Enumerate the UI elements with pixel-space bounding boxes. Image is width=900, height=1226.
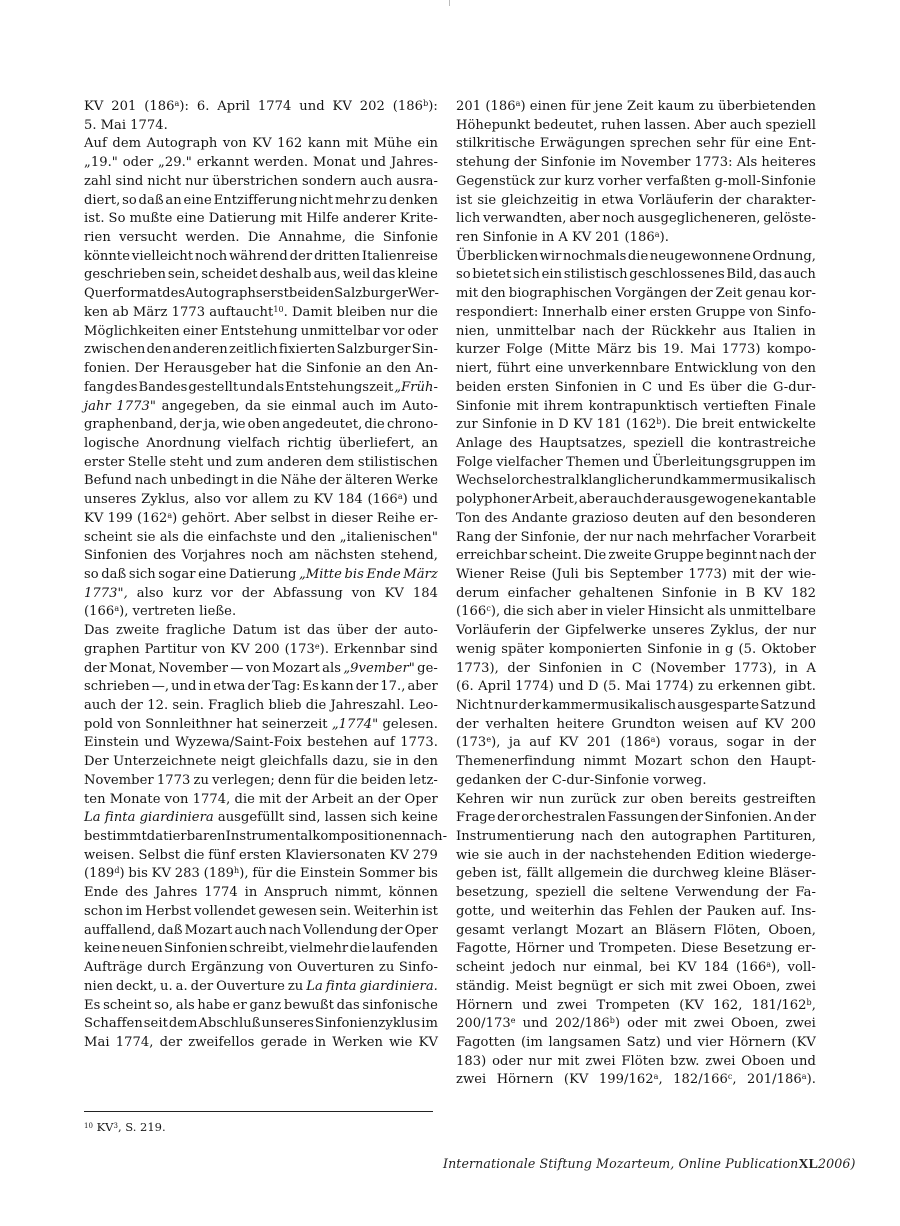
text-line: graphenPartiturvonKV200(173e).Erkennbars… — [84, 641, 438, 660]
word: das — [759, 266, 782, 285]
word: stehung — [456, 154, 510, 173]
word: sich — [129, 566, 156, 585]
word: mehrfacher — [672, 529, 750, 548]
word: 279 — [413, 847, 438, 866]
word: „29." — [158, 154, 192, 173]
word: Oboen, — [733, 978, 781, 997]
text-line: geschriebensein,scheidetdeshalbaus,weild… — [84, 266, 438, 285]
word: nach — [269, 922, 301, 941]
word: Krite- — [400, 210, 438, 229]
text-line: 201(186a)einenfürjeneZeitkaumzuüberbiete… — [456, 98, 816, 117]
word: November — [84, 772, 154, 791]
word: zweifellos — [188, 1034, 254, 1053]
word: bedeutet, — [534, 117, 598, 136]
word: datierbaren — [147, 828, 226, 847]
word: der — [514, 154, 537, 173]
word: blieb — [268, 697, 301, 716]
word: ausra- — [396, 173, 438, 192]
word: überbietenden — [718, 98, 816, 117]
word: 1774 — [204, 884, 238, 903]
word: scheint — [103, 997, 151, 1016]
word: —, — [152, 678, 169, 697]
word: fällt — [527, 865, 554, 884]
word: KV — [314, 491, 333, 510]
word: 1773" — [116, 398, 156, 417]
word: Bild, — [726, 266, 757, 285]
word: fonien. — [84, 360, 130, 379]
text-line: erreichbarscheint.DiezweiteGruppebeginnt… — [456, 547, 816, 566]
word: Nicht — [456, 697, 493, 716]
word: Oboen — [741, 1053, 784, 1072]
word: 1773), — [734, 660, 777, 679]
word: finta — [326, 978, 357, 997]
word: Kehren — [456, 791, 504, 810]
word: „Früh- — [394, 379, 438, 398]
word: der — [242, 585, 265, 604]
text-line: gebenist,fälltallgemeindiedurchwegkleine… — [456, 865, 816, 884]
word: stilistischen — [358, 454, 438, 473]
text-line: FolgevielfacherThemenundÜberleitungsgrup… — [456, 454, 816, 473]
word: aus — [723, 323, 746, 342]
text-line: Kehrenwirnunzurückzurobenbereitsgestreif… — [456, 791, 816, 810]
word: g — [725, 641, 733, 660]
word: sondern — [302, 173, 356, 192]
word: sind — [410, 641, 438, 660]
word: sich — [638, 978, 665, 997]
word: La — [84, 809, 101, 828]
word: März — [597, 341, 632, 360]
word: angegeben, — [162, 398, 240, 417]
text-line: polyphonerArbeit,aberauchderausgewogenek… — [456, 491, 816, 510]
word: jene — [595, 98, 623, 117]
word: steht — [170, 454, 204, 473]
word: einfachste — [208, 529, 277, 548]
word: dieser — [331, 510, 372, 529]
word: gelesen. — [382, 716, 438, 735]
text-line: niendeckt,u.a.derOuverturezuLafintagiard… — [84, 978, 438, 997]
word: biographischen — [509, 285, 612, 304]
text-line: (189d)bisKV283(189h),fürdieEinsteinSomme… — [84, 865, 438, 884]
word: scheidet — [201, 266, 257, 285]
text-line: könntevielleichtnochwährendderdrittenIta… — [84, 248, 438, 267]
text-line: 200/173eund202/186b)odermitzweiOboen,zwe… — [456, 1015, 816, 1034]
word: derum — [456, 585, 500, 604]
word: zu — [194, 772, 209, 791]
word: Auto- — [402, 398, 438, 417]
word: Entstehung — [221, 323, 298, 342]
word: kompo- — [767, 341, 816, 360]
word: jahr — [84, 398, 111, 417]
word: Partitur — [145, 641, 197, 660]
word: mehr — [335, 192, 370, 211]
word: (166c), — [456, 603, 500, 622]
word: Reise — [509, 566, 546, 585]
word: angedeutet, — [282, 416, 362, 435]
word: Trompeten. — [599, 940, 677, 959]
word: März — [403, 566, 438, 585]
word: eine — [198, 566, 226, 585]
word: noch — [251, 547, 283, 566]
word: besonderen — [738, 510, 816, 529]
word: Erkennbar — [334, 641, 405, 660]
word: 17., — [380, 678, 405, 697]
footnote-rest: , S. 219. — [118, 1120, 166, 1134]
word: pold — [84, 716, 113, 735]
word: des — [115, 379, 138, 398]
word: seinerzeit — [262, 716, 328, 735]
word: in — [241, 472, 254, 491]
word: neuen — [122, 940, 163, 959]
word: wenig — [456, 641, 496, 660]
word: Datum — [232, 622, 277, 641]
word: und — [299, 98, 324, 117]
word: Oper — [405, 791, 438, 810]
word: orchestralen — [521, 809, 606, 828]
word: bei — [289, 285, 309, 304]
word: KV — [419, 1034, 438, 1053]
word: die — [306, 697, 326, 716]
word: Haupt- — [770, 753, 816, 772]
word: nur — [610, 529, 633, 548]
word: bei — [650, 959, 670, 978]
word: da — [245, 398, 261, 417]
word: (189h), — [204, 865, 249, 884]
word: der — [643, 491, 666, 510]
word: kaum — [658, 98, 695, 117]
word: vertieften — [703, 398, 768, 417]
word: der — [356, 678, 379, 697]
word: in — [542, 229, 555, 248]
word: Oboen, — [731, 1015, 779, 1034]
word: Pauken — [707, 903, 756, 922]
word: Partituren, — [743, 828, 816, 847]
word: Aufträge — [84, 959, 143, 978]
word: stilistisch — [564, 266, 628, 285]
word: Fa- — [795, 884, 816, 903]
word: nun — [539, 791, 564, 810]
top-crop-mark — [449, 0, 450, 6]
text-line: stehungderSinfonieimNovember1773:Alsheit… — [456, 154, 816, 173]
word: An- — [415, 360, 437, 379]
word: vor — [226, 491, 248, 510]
word: verfaßten — [646, 173, 711, 192]
text-line: 1773),derSinfonieninC(November1773),inA — [456, 660, 816, 679]
word: unverkennbare — [568, 360, 670, 379]
word: 201/186a). — [747, 1071, 816, 1090]
word: der — [84, 660, 107, 679]
word: Mozart — [272, 660, 320, 679]
word: Oktober — [761, 641, 816, 660]
superscript: e — [511, 1016, 516, 1025]
word: (im — [521, 1034, 543, 1053]
word: grazioso — [572, 510, 628, 529]
word: bleiben — [337, 304, 386, 323]
word: heiteres — [761, 154, 816, 173]
word: Hörnern — [729, 1034, 786, 1053]
word: vieler — [607, 603, 645, 622]
word: Sinfonien — [84, 547, 148, 566]
word: der — [290, 248, 313, 267]
word: nur — [494, 697, 517, 716]
word: u. — [160, 978, 173, 997]
word: in — [803, 323, 816, 342]
word: zwei — [456, 1071, 486, 1090]
text-line: KV199(162a)gehört.AberselbstindieserReih… — [84, 510, 438, 529]
word: über — [710, 379, 741, 398]
word: C-dur-Sinfonie — [552, 772, 649, 791]
word: und — [667, 1034, 692, 1053]
word: zwei — [705, 1053, 735, 1072]
word: verwandten, — [483, 210, 566, 229]
word: der — [191, 978, 214, 997]
text-line: ThemenerfindungnimmtMozartschondenHaupt- — [456, 753, 816, 772]
word: Fraglich — [208, 697, 264, 716]
word: ausgeglicheneren, — [637, 210, 760, 229]
word: Vorjahres — [182, 547, 246, 566]
text-line: RangderSinfonie,dernurnachmehrfacherVora… — [456, 529, 816, 548]
word: die — [183, 529, 203, 548]
word: kor- — [789, 285, 816, 304]
word: Einstein — [300, 865, 355, 884]
word: in — [591, 603, 604, 622]
word: aber — [557, 603, 587, 622]
word: „Mitte — [299, 566, 342, 585]
word: ließe. — [199, 603, 236, 622]
word: sein. — [172, 697, 204, 716]
word: Aber — [234, 510, 266, 529]
word: Hörnern — [456, 997, 513, 1016]
word: Mai — [84, 1034, 110, 1053]
word: ab — [112, 304, 128, 323]
word: für — [252, 865, 272, 884]
word: ist, — [501, 865, 522, 884]
word: nachstehenden — [590, 847, 692, 866]
word: im — [380, 398, 397, 417]
word: Es — [303, 678, 319, 697]
text-line: WienerReise(JulibisSeptember1773)mitderw… — [456, 566, 816, 585]
word: „italienischen" — [340, 529, 438, 548]
word: Befund — [84, 472, 132, 491]
word: Jahreszahl. — [330, 697, 404, 716]
text-line: 1773",alsokurzvorderAbfassungvonKV184 — [84, 585, 438, 604]
word: an — [366, 360, 382, 379]
text-line: November1773zuverlegen;dennfürdiebeidenl… — [84, 772, 438, 791]
word: bietet — [472, 266, 511, 285]
word: nimmt — [583, 753, 626, 772]
word: unmittelbar — [301, 323, 380, 342]
word: ihrem — [544, 398, 583, 417]
word: hat — [255, 360, 277, 379]
word: als — [176, 997, 195, 1016]
word: fragliche — [166, 622, 226, 641]
word: vorher — [598, 173, 642, 192]
word: im — [600, 154, 617, 173]
word: von — [165, 791, 189, 810]
text-line: beidenerstenSinfonieninCundEsüberdieG-du… — [456, 379, 816, 398]
word: Entwicklung — [674, 360, 758, 379]
footnote-rule — [84, 1111, 433, 1112]
text-line: (166a),vertretenließe. — [84, 603, 438, 622]
word: kann — [308, 135, 341, 154]
word: aus, — [314, 266, 341, 285]
word: und — [558, 678, 583, 697]
word: entwickelte — [738, 416, 816, 435]
page-number: XL — [798, 1157, 818, 1172]
text-line: sobietetsicheinstilistischgeschlossenesB… — [456, 266, 816, 285]
word: KV — [572, 229, 591, 248]
word: als — [160, 529, 179, 548]
word: Zyklus, — [710, 622, 758, 641]
word: Mühe — [374, 135, 412, 154]
word: werden. — [254, 154, 308, 173]
word: zwei — [694, 1015, 724, 1034]
word: November — [621, 154, 691, 173]
word: Die — [248, 229, 271, 248]
word: C — [642, 379, 652, 398]
word: Unterzeichnete — [113, 753, 216, 772]
word: ge- — [417, 660, 438, 679]
word: kurzer — [456, 341, 500, 360]
word: Meist — [515, 978, 553, 997]
word: Bandes — [138, 379, 187, 398]
word: 1773: — [695, 154, 733, 173]
word: den — [386, 360, 411, 379]
text-line: SchaffenseitdemAbschlußunseresSinfonienz… — [84, 1015, 438, 1034]
word: keine — [84, 940, 120, 959]
word: bestehen — [307, 734, 368, 753]
word: ersten — [507, 379, 549, 398]
word: 1774, — [193, 791, 231, 810]
word: Wyzewa/Saint-Foix — [175, 734, 301, 753]
word: giardiniera. — [359, 978, 437, 997]
word: bis — [128, 865, 147, 884]
word: Werken — [332, 1034, 383, 1053]
word: einen — [530, 98, 567, 117]
word: zur — [539, 173, 561, 192]
word: der — [378, 791, 401, 810]
word: ist — [456, 192, 472, 211]
word: Andante — [512, 510, 568, 529]
word: älteren — [345, 472, 393, 491]
word: bis — [344, 566, 363, 585]
word: den — [311, 529, 336, 548]
word: der — [507, 660, 530, 679]
text-line: NichtnurderkammermusikalischausgesparteS… — [456, 697, 816, 716]
word: Mai — [101, 117, 127, 136]
credit-year: 2006) — [818, 1156, 855, 1171]
word: in — [314, 510, 327, 529]
word: der — [120, 697, 143, 716]
word: der — [583, 529, 606, 548]
word: Mai — [690, 341, 716, 360]
word: selbst — [271, 510, 310, 529]
word: des — [125, 884, 148, 903]
word: von — [763, 360, 787, 379]
word: polyphoner — [456, 491, 532, 510]
word: gehört. — [182, 510, 230, 529]
word: Innerhalb — [542, 304, 607, 323]
word: in — [198, 678, 211, 697]
word: kantable — [758, 491, 816, 510]
word: Zeit — [627, 98, 654, 117]
word: A — [806, 660, 816, 679]
word: an — [422, 435, 438, 454]
word: als — [707, 603, 726, 622]
word: verlangt — [512, 922, 568, 941]
word: Höhepunkt — [456, 117, 530, 136]
word: ersten — [239, 847, 281, 866]
text-line: derumeinfachergehaltenenSinfonieinBKV182 — [456, 585, 816, 604]
text-line: auffallend,daßMozartauchnachVollendungde… — [84, 922, 438, 941]
word: gestellt — [188, 379, 238, 398]
word: 1773 — [157, 772, 191, 791]
word: KV — [559, 734, 578, 753]
word: das — [600, 903, 623, 922]
word: Sinfonien — [164, 940, 228, 959]
word: einfacher — [508, 585, 571, 604]
word: noch — [602, 210, 634, 229]
word: von — [117, 716, 141, 735]
text-line: 183)odernurmitzweiFlötenbzw.zweiOboenund — [456, 1053, 816, 1072]
word: (173e), — [456, 734, 500, 753]
word: der — [247, 678, 270, 697]
word: Ouverture — [216, 978, 285, 997]
word: Themen — [566, 454, 620, 473]
word: KV — [573, 416, 592, 435]
text-line: Lafintagiardinieraausgefülltsind,lassens… — [84, 809, 438, 828]
word: überstrichen — [212, 173, 298, 192]
word: bzw. — [670, 1053, 699, 1072]
word: Vorarbeit — [753, 529, 816, 548]
word: Reihe — [377, 510, 415, 529]
word: Sonnleithner — [145, 716, 232, 735]
word: dazu, — [332, 753, 368, 772]
word: autographen — [651, 828, 736, 847]
word: etwa — [601, 192, 633, 211]
word: oder — [407, 323, 437, 342]
word: sehr — [696, 135, 725, 154]
word: logische — [84, 435, 139, 454]
word: wie- — [788, 566, 816, 585]
word: zu — [379, 959, 394, 978]
word: oder — [492, 1053, 522, 1072]
word: auch — [235, 922, 267, 941]
word: letz- — [409, 772, 438, 791]
word: „9vember" — [343, 660, 415, 679]
word: fixierten — [279, 341, 336, 360]
word: Arbeit — [312, 791, 354, 810]
word: also — [137, 585, 164, 604]
text-line: mitdenbiographischenVorgängenderZeitgena… — [456, 285, 816, 304]
word: oder — [123, 154, 153, 173]
word: Sinfonie — [482, 416, 537, 435]
text-line: AufträgedurchErgänzungvonOuverturenzuSin… — [84, 959, 438, 978]
word: nur — [793, 622, 816, 641]
word: 1774 — [258, 98, 292, 117]
word: gehaltenen — [579, 585, 654, 604]
word: des — [484, 510, 507, 529]
word: und — [522, 997, 547, 1016]
word: und — [656, 472, 681, 491]
word: 162 — [277, 135, 302, 154]
word: klanglicher — [580, 472, 655, 491]
word: mit — [516, 398, 538, 417]
word: fang — [84, 379, 114, 398]
word: von — [246, 660, 270, 679]
word: fünf — [208, 847, 235, 866]
word: dem — [169, 1015, 198, 1034]
word: Ton — [456, 510, 480, 529]
